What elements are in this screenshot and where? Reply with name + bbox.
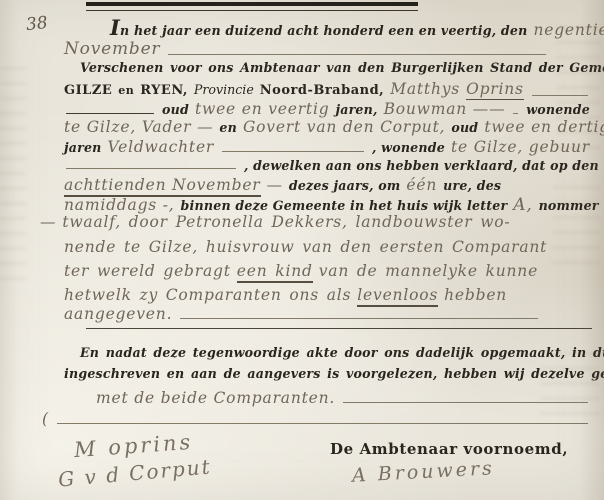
act-line-14: hetwelk zy Comparanten ons als levenloos… [64, 286, 590, 307]
handwritten-declarant-name: Matthys [390, 80, 460, 98]
section-divider-rule [86, 328, 592, 329]
act-line-3: Verschenen voor ons Ambtenaar van den Bu… [64, 60, 590, 75]
act-number: 38 [25, 13, 49, 35]
act-line-9: achttienden November — dezes jaars, om é… [64, 176, 590, 197]
handwritten-district-letter: A, [513, 195, 532, 215]
filler-rule [168, 54, 546, 55]
handwritten-text: hetwelk zy Comparanten ons als [64, 286, 351, 304]
printed-province: Noord-Braband, [260, 83, 384, 98]
filler-rule [532, 95, 588, 96]
printed-text: jaren [64, 140, 102, 155]
civil-registration-act: 38 In het jaar een duizend acht honderd … [0, 0, 604, 500]
act-line-12: nende te Gilze, huisvrouw van den eerste… [64, 238, 590, 256]
closing-line-1: En nadat deze tegenwoordige akte door on… [64, 345, 590, 360]
handwritten-text: ter wereld gebragt [64, 262, 231, 280]
act-line-13: ter wereld gebragt een kind van de manne… [64, 262, 590, 283]
handwritten-text: hebben [444, 286, 507, 304]
printed-text: binnen deze Gemeente in het huis wijk le… [181, 198, 508, 213]
handwritten-cosigners-note: met de beide Comparanten. [96, 389, 335, 407]
printed-text: dezes jaars, om [289, 178, 401, 193]
handwritten-daypart: namiddags -, [64, 196, 175, 214]
act-line-15: aangegeven. [64, 305, 540, 323]
printed-text: , wonende [372, 140, 445, 155]
handwritten-residence: te Gilze, Vader — [64, 118, 213, 136]
filler-rule [343, 402, 588, 403]
official-title-label: De Ambtenaar voornoemd, [330, 440, 568, 458]
act-line-4: GILZE en RYEN, Provincie Noord-Braband, … [64, 80, 590, 100]
printed-text: en [219, 120, 237, 135]
act-line-7: jaren Veldwachter , wonende te Gilze, ge… [64, 138, 590, 156]
handwritten-hour: één [406, 176, 437, 194]
signature-registrar: A Brouwers [352, 457, 496, 486]
printed-text: ingeschreven en aan de aangevers is voor… [64, 366, 604, 381]
printed-text: nommer [539, 198, 599, 213]
handwritten-age: twee en veertig [195, 100, 329, 118]
printed-text: oud [162, 102, 189, 117]
filler-rule [66, 113, 154, 114]
printed-text: En nadat deze tegenwoordige akte door on… [80, 345, 604, 360]
act-line-11: — twaalf, door Petronella Dekkers, landb… [64, 213, 590, 231]
handwritten-text: twaalf, door Petronella Dekkers, landbou… [62, 213, 510, 231]
handwritten-occupation: Veldwachter [108, 138, 215, 156]
handwritten-dash: — [267, 176, 283, 194]
handwritten-declarant-surname: Oprins [466, 80, 524, 100]
printed-text: oud [451, 120, 478, 135]
closing-line-4: ( [42, 410, 590, 428]
printed-text: Provincie [194, 82, 254, 97]
printed-text: Verschenen voor ons Ambtenaar van den Bu… [80, 60, 604, 75]
handwritten-bracket: ( [42, 410, 49, 428]
printed-text: , dewelken aan ons hebben verklaard, dat… [244, 158, 599, 173]
handwritten-witness-name: Govert van den Corput, [243, 118, 445, 136]
handwritten-age: twee en dertig, [484, 118, 604, 136]
printed-text: wonende [526, 102, 590, 117]
handwritten-occupation: Bouwman —— [384, 100, 506, 118]
handwritten-residence: te Gilze, gebuur [451, 138, 590, 156]
handwritten-stillborn-mention: levenloos [357, 286, 438, 307]
filler-rule [57, 423, 588, 424]
handwritten-child-mention: een kind [237, 262, 313, 283]
act-line-6: te Gilze, Vader — en Govert van den Corp… [64, 118, 590, 136]
printed-municipality: GILZE [64, 83, 112, 98]
printed-text: jaren, [335, 102, 377, 117]
closing-line-3: met de beide Comparanten. [96, 389, 590, 407]
act-line-2: November [64, 39, 548, 59]
handwritten-month: November [64, 39, 160, 59]
handwritten-text: nende te Gilze, huisvrouw van den eerste… [64, 238, 547, 256]
handwritten-text: aangegeven. [64, 305, 172, 323]
handwritten-date-day: negentienden, [533, 21, 604, 39]
handwritten-text: van de mannelyke kunne [319, 262, 538, 280]
filler-rule [66, 168, 236, 169]
closing-line-2: ingeschreven en aan de aangevers is voor… [64, 366, 590, 381]
printed-text: ure, des [443, 178, 501, 193]
filler-rule [513, 113, 518, 114]
filler-rule [222, 151, 364, 152]
act-line-5: oud twee en veertig jaren, Bouwman —— wo… [64, 100, 590, 118]
act-line-8: , dewelken aan ons hebben verklaard, dat… [64, 158, 590, 173]
filler-rule [180, 318, 538, 319]
handwritten-dash: — [40, 213, 56, 231]
act-line-1: In het jaar een duizend acht honderd een… [64, 15, 590, 40]
printed-text: In het jaar een duizend acht honderd een… [110, 15, 527, 40]
top-divider-rule [86, 2, 418, 11]
printed-municipality: RYEN, [140, 83, 188, 98]
bleed-through-smudge [0, 60, 26, 280]
printed-text: en [118, 84, 134, 97]
act-line-10: namiddags -, binnen deze Gemeente in het… [64, 195, 590, 215]
handwritten-event-date: achttienden November [64, 176, 261, 197]
